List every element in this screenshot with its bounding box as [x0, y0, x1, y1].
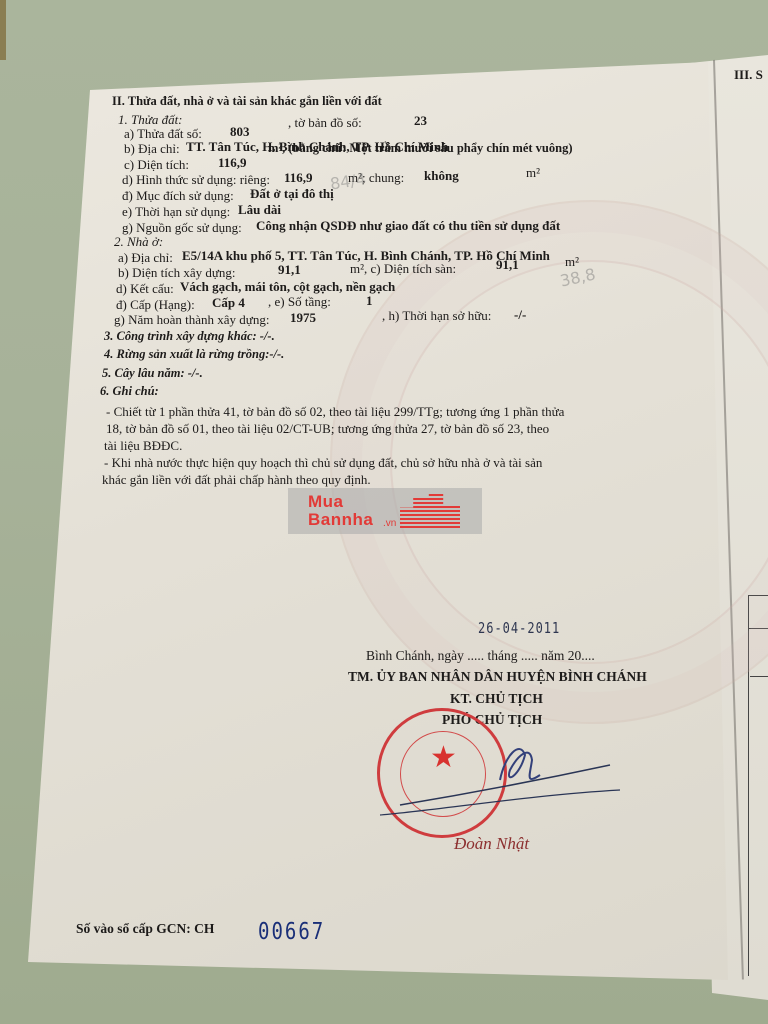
forest: 4. Rừng sản xuất là rừng trồng:-/-.	[104, 347, 284, 362]
issuing-authority: TM. ỦY BAN NHÂN DÂN HUYỆN BÌNH CHÁNH	[348, 669, 647, 684]
land-address-label: b) Địa chỉ:	[124, 141, 180, 156]
grade-label: đ) Cấp (Hạng):	[116, 297, 195, 312]
signer-name: Đoàn Nhật	[454, 834, 529, 854]
note-line: khác gắn liền với đất phải chấp hành the…	[102, 472, 371, 487]
house-grade: Cấp 4	[212, 295, 245, 310]
floor-area-label: m², c) Diện tích sàn:	[350, 261, 456, 276]
note-line: - Chiết từ 1 phần thửa 41, tờ bản đồ số …	[106, 404, 564, 419]
land-area-words: m², (bằng chữ: Một trăm mười sáu phẩy ch…	[268, 141, 573, 156]
house-address-label: a) Địa chỉ:	[118, 250, 173, 265]
section-title: II. Thửa đất, nhà ở và tài sản khác gắn …	[112, 94, 382, 109]
map-sheet-no: 23	[414, 113, 427, 128]
note-line: tài liệu BĐĐC.	[104, 438, 182, 453]
built-area-label: b) Diện tích xây dựng:	[118, 265, 236, 280]
term-label: e) Thời hạn sử dụng:	[122, 204, 230, 219]
ownership-term-label: , h) Thời hạn sở hữu:	[382, 308, 491, 323]
right-page-title: III. S	[734, 67, 763, 83]
floors-label: , e) Số tầng:	[268, 294, 331, 309]
house-heading: 2. Nhà ở:	[114, 234, 163, 249]
parcel-no: 803	[230, 124, 250, 139]
date-stamp: 26-04-2011	[478, 619, 560, 637]
usage-form-label: d) Hình thức sử dụng: riêng:	[122, 172, 270, 187]
building-icon	[400, 494, 460, 528]
floor-area: 91,1	[496, 257, 519, 272]
usage-shared: không	[424, 168, 459, 183]
built-area: 91,1	[278, 262, 301, 277]
note-line: - Khi nhà nước thực hiện quy hoạch thì c…	[104, 455, 542, 470]
other-construction: 3. Công trình xây dựng khác: -/-.	[104, 329, 275, 344]
background-edge	[0, 0, 6, 60]
note-line: 18, tờ bản đồ số 01, theo tài liệu 02/CT…	[106, 421, 549, 436]
house-floors: 1	[366, 293, 373, 308]
purpose-label: đ) Mục đích sử dụng:	[122, 188, 234, 203]
year-built: 1975	[290, 310, 316, 325]
map-sheet-label: , tờ bản đồ số:	[288, 115, 362, 130]
area-label: c) Diện tích:	[124, 157, 189, 172]
year-label: g) Năm hoàn thành xây dựng:	[114, 312, 269, 327]
structure-label: d) Kết cấu:	[116, 281, 174, 296]
place-date: Bình Chánh, ngày ..... tháng ..... năm 2…	[366, 648, 595, 663]
land-origin: Công nhận QSDĐ như giao đất có thu tiền …	[256, 218, 560, 233]
table-divider	[750, 676, 768, 677]
usage-private: 116,9	[284, 170, 313, 185]
land-term: Lâu dài	[238, 202, 281, 217]
on-behalf-of: KT. CHỦ TỊCH	[450, 691, 543, 706]
land-area: 116,9	[218, 155, 247, 170]
logo-suffix: .vn	[383, 518, 396, 529]
origin-label: g) Nguồn gốc sử dụng:	[122, 220, 242, 235]
ownership-term: -/-	[514, 307, 526, 322]
perennial-trees: 5. Cây lâu năm: -/-.	[102, 366, 203, 381]
notes-heading: 6. Ghi chú:	[100, 384, 159, 399]
land-purpose: Đất ở tại đô thị	[250, 186, 334, 201]
land-heading: 1. Thửa đất:	[118, 112, 183, 127]
muabannha-watermark-logo: Mua Bannha .vn	[288, 488, 482, 534]
house-structure: Vách gạch, mái tôn, cột gạch, nền gạch	[180, 279, 395, 294]
logo-line2: Bannha	[308, 510, 373, 530]
usage-shared-unit: m²	[526, 165, 540, 180]
logo-line1: Mua	[308, 492, 344, 512]
handwritten-signature	[380, 735, 620, 825]
registry-number: 00667	[258, 919, 325, 945]
floor-area-unit: m²	[565, 254, 579, 269]
registry-label: Số vào sổ cấp GCN: CH	[76, 921, 214, 936]
